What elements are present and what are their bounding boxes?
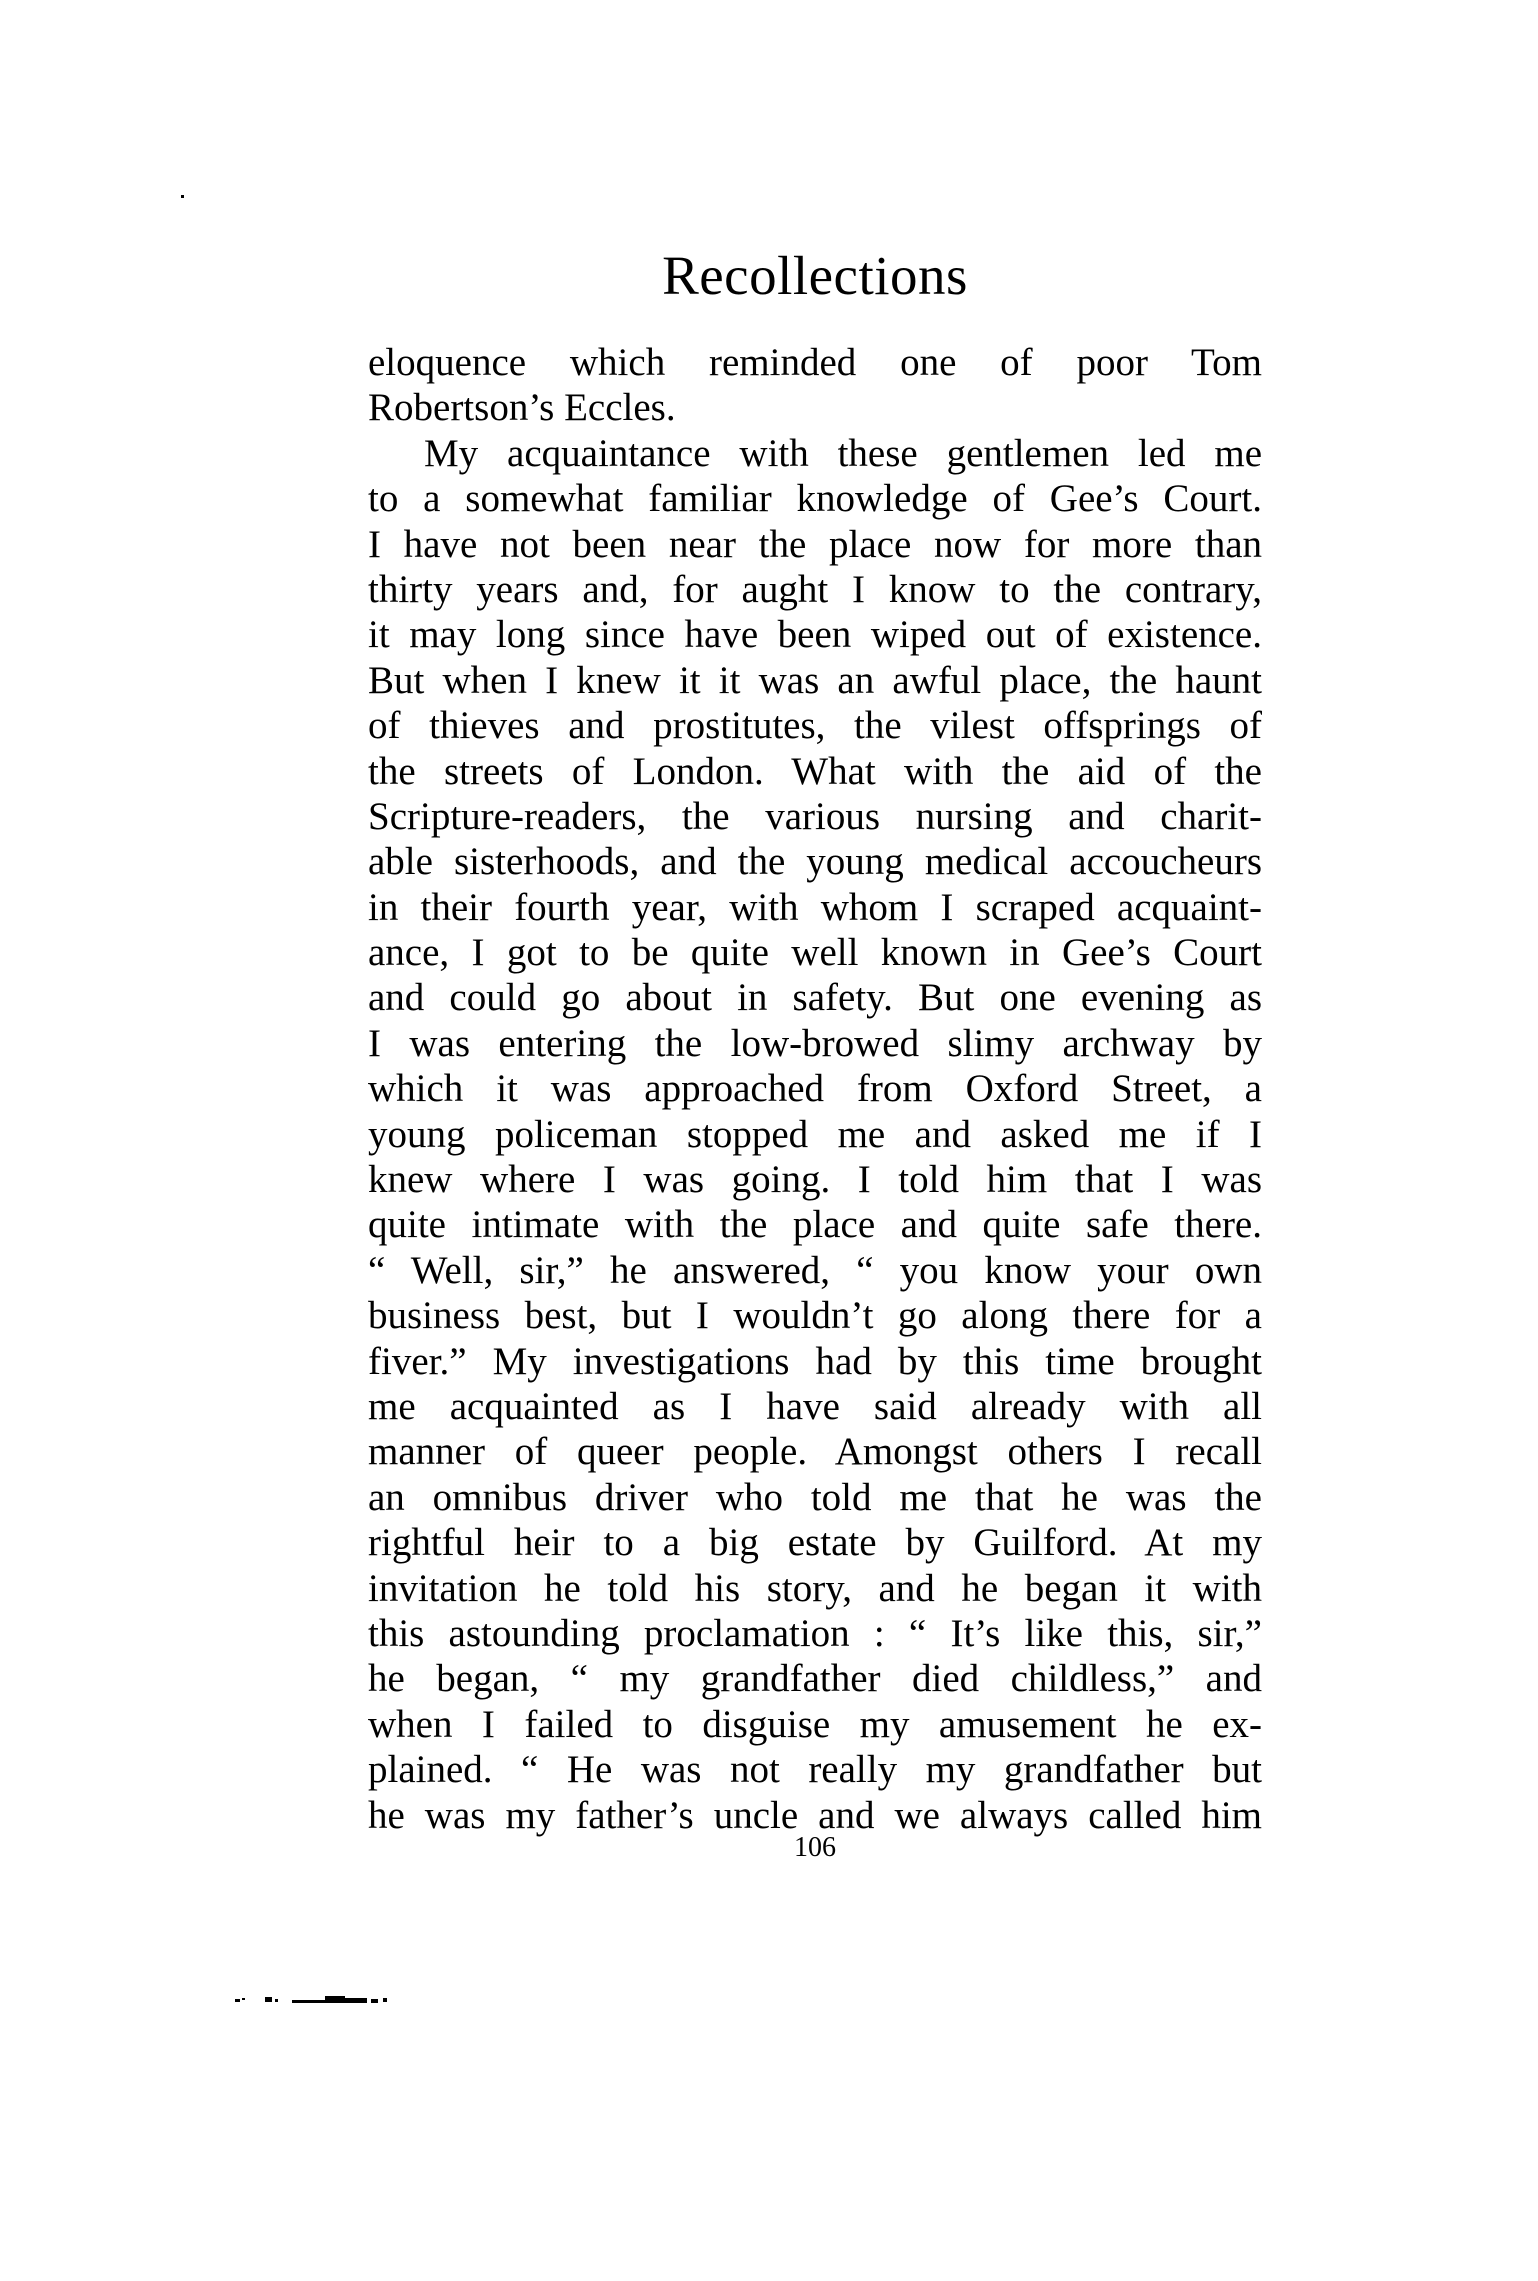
running-head: Recollections [368,246,1262,306]
text-line: me acquainted as I have said already wit… [368,1384,1262,1429]
text-line: to a somewhat familiar knowledge of Gee’… [368,476,1262,521]
text-line: young policeman stopped me and asked me … [368,1112,1262,1157]
text-line: an omnibus driver who told me that he wa… [368,1475,1262,1520]
body-text: eloquence which reminded one of poor Tom… [368,340,1262,1838]
text-line: fiver.” My investigations had by this ti… [368,1339,1262,1384]
scan-speck [181,195,184,198]
page-number: 106 [368,1832,1262,1864]
text-line: and could go about in safety. But one ev… [368,975,1262,1020]
text-line: able sisterhoods, and the young medical … [368,839,1262,884]
text-line: knew where I was going. I told him that … [368,1157,1262,1202]
text-line: I have not been near the place now for m… [368,522,1262,567]
text-line: in their fourth year, with whom I scrape… [368,885,1262,930]
text-line: ance, I got to be quite well known in Ge… [368,930,1262,975]
text-line: the streets of London. What with the aid… [368,749,1262,794]
text-line: But when I knew it it was an awful place… [368,658,1262,703]
text-line: Scripture-readers, the various nursing a… [368,794,1262,839]
text-line: business best, but I wouldn’t go along t… [368,1293,1262,1338]
text-line: when I failed to disguise my amusement h… [368,1702,1262,1747]
book-page: Recollections eloquence which reminded o… [0,0,1538,2281]
text-line: plained. “ He was not really my grandfat… [368,1747,1262,1792]
text-line: I was entering the low-browed slimy arch… [368,1021,1262,1066]
text-line: manner of queer people. Amongst others I… [368,1429,1262,1474]
text-line: thirty years and, for aught I know to th… [368,567,1262,612]
text-line: of thieves and prostitutes, the vilest o… [368,703,1262,748]
text-line: invitation he told his story, and he beg… [368,1566,1262,1611]
text-line: which it was approached from Oxford Stre… [368,1066,1262,1111]
text-line: “ Well, sir,” he answered, “ you know yo… [368,1248,1262,1293]
text-line: eloquence which reminded one of poor Tom [368,340,1262,385]
text-line: it may long since have been wiped out of… [368,612,1262,657]
text-line: this astounding proclamation : “ It’s li… [368,1611,1262,1656]
text-line: Robertson’s Eccles. [368,385,1262,430]
text-line: quite intimate with the place and quite … [368,1202,1262,1247]
text-line: he began, “ my grandfather died childles… [368,1656,1262,1701]
text-line: My acquaintance with these gentlemen led… [368,431,1262,476]
scan-artifact [235,1993,385,2005]
text-line: rightful heir to a big estate by Guilfor… [368,1520,1262,1565]
